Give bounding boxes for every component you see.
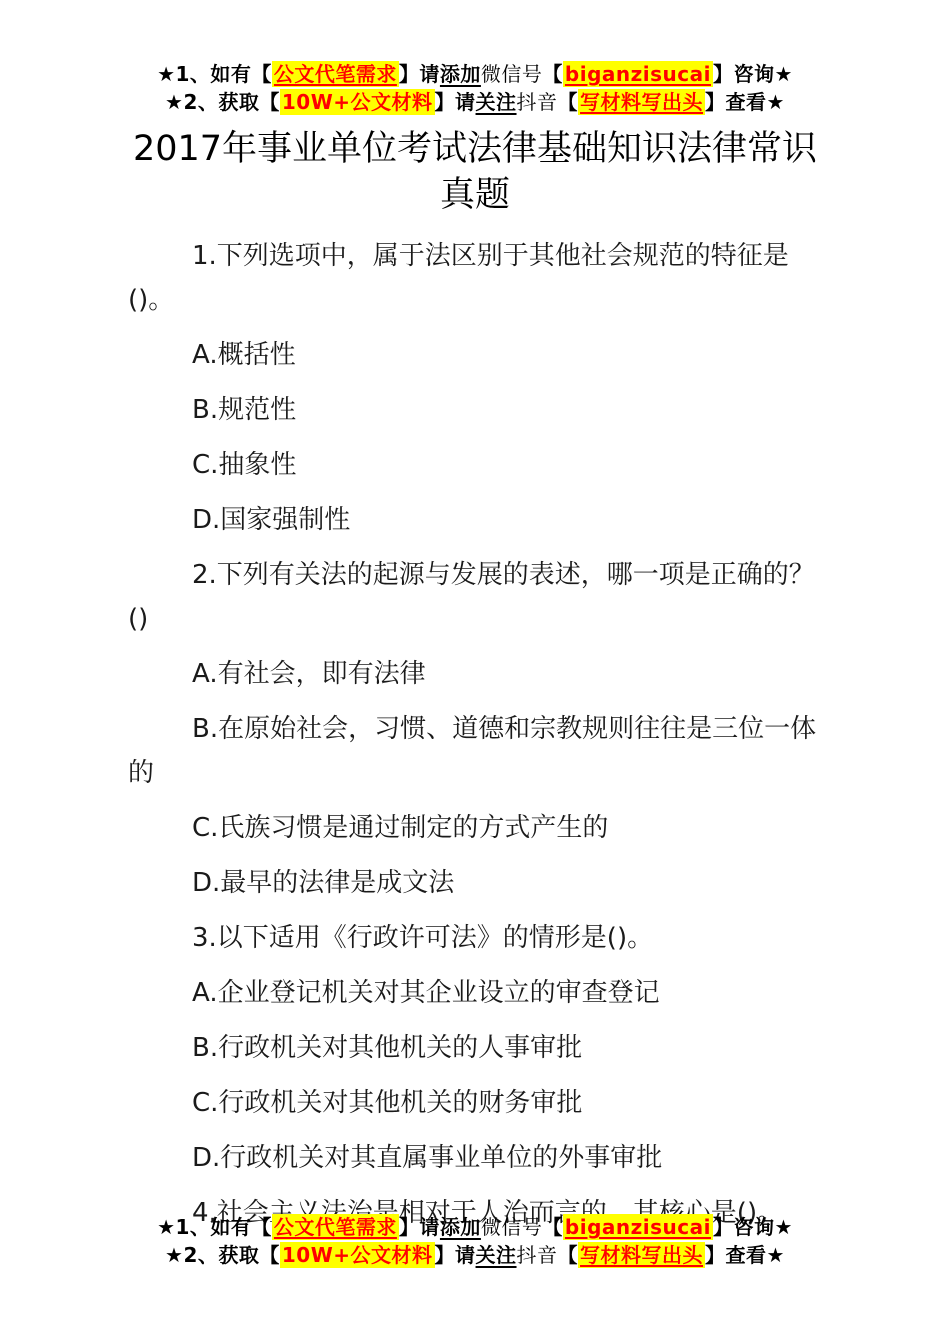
promo-highlight-materials: 10W+公文材料	[280, 89, 435, 115]
banner-text: ★2、获取【	[165, 90, 280, 114]
wechat-id: biganzisucai	[563, 61, 713, 87]
option-paragraph: A.企业登记机关对其企业设立的审查登记	[128, 971, 822, 1015]
question-paragraph: 2.下列有关法的起源与发展的表述，哪一项是正确的？()	[128, 553, 822, 641]
banner-text: 】查看★	[705, 1243, 785, 1267]
option-paragraph: C.氏族习惯是通过制定的方式产生的	[128, 806, 822, 850]
question-paragraph: 3.以下适用《行政许可法》的情形是()。	[128, 916, 822, 960]
wechat-id: biganzisucai	[563, 1214, 713, 1240]
banner-text: 】请	[399, 1215, 440, 1239]
option-paragraph: A.概括性	[128, 333, 822, 377]
banner-text: 【	[542, 62, 563, 86]
option-paragraph: C.抽象性	[128, 443, 822, 487]
banner-text: 【	[558, 1243, 579, 1267]
banner-text: 【	[558, 90, 579, 114]
banner-add-text: 添加	[440, 1215, 481, 1239]
document-title-line1: 2017年事业单位考试法律基础知识法律常识	[0, 126, 950, 172]
option-paragraph: D.最早的法律是成文法	[128, 861, 822, 905]
banner-text: 】请	[399, 62, 440, 86]
banner-text: ★1、如有【	[157, 62, 272, 86]
banner-follow-text: 关注	[476, 90, 517, 114]
banner-line: ★2、获取【10W+公文材料】请关注抖音【写材料写出头】查看★	[0, 88, 950, 116]
promo-highlight-service: 公文代笔需求	[272, 1214, 399, 1240]
question-paragraph: 1.下列选项中，属于法区别于其他社会规范的特征是()。	[128, 234, 822, 322]
banner-text: ★2、获取【	[165, 1243, 280, 1267]
option-paragraph: D.国家强制性	[128, 498, 822, 542]
document-title-line2: 真题	[0, 172, 950, 218]
banner-text: 】请	[435, 1243, 476, 1267]
promo-highlight-materials: 10W+公文材料	[280, 1242, 435, 1268]
douyin-id: 写材料写出头	[578, 89, 705, 115]
option-paragraph: B.在原始社会，习惯、道德和宗教规则往往是三位一体的	[128, 707, 822, 795]
banner-text: 微信号	[481, 62, 543, 86]
question-body: 1.下列选项中，属于法区别于其他社会规范的特征是()。A.概括性B.规范性C.抽…	[128, 234, 822, 1235]
banner-add-text: 添加	[440, 62, 481, 86]
banner-text: 】咨询★	[713, 62, 793, 86]
option-paragraph: B.行政机关对其他机关的人事审批	[128, 1026, 822, 1070]
banner-text: 抖音	[517, 1243, 558, 1267]
option-paragraph: B.规范性	[128, 388, 822, 432]
banner-text: ★1、如有【	[157, 1215, 272, 1239]
banner-text: 微信号	[481, 1215, 543, 1239]
option-paragraph: A.有社会，即有法律	[128, 652, 822, 696]
banner-line: ★2、获取【10W+公文材料】请关注抖音【写材料写出头】查看★	[0, 1241, 950, 1269]
promo-highlight-service: 公文代笔需求	[272, 61, 399, 87]
douyin-id: 写材料写出头	[578, 1242, 705, 1268]
option-paragraph: D.行政机关对其直属事业单位的外事审批	[128, 1136, 822, 1180]
banner-text: 】咨询★	[713, 1215, 793, 1239]
banner-line: ★1、如有【公文代笔需求】请添加微信号【biganzisucai】咨询★	[0, 60, 950, 88]
banner-text: 抖音	[517, 90, 558, 114]
banner-follow-text: 关注	[476, 1243, 517, 1267]
banner-text: 】查看★	[705, 90, 785, 114]
document-title: 2017年事业单位考试法律基础知识法律常识 真题	[0, 126, 950, 218]
banner-text: 【	[542, 1215, 563, 1239]
document-page: ★1、如有【公文代笔需求】请添加微信号【biganzisucai】咨询★★2、获…	[0, 0, 950, 1344]
option-paragraph: C.行政机关对其他机关的财务审批	[128, 1081, 822, 1125]
banner-text: 】请	[435, 90, 476, 114]
banner-line: ★1、如有【公文代笔需求】请添加微信号【biganzisucai】咨询★	[0, 1213, 950, 1241]
promo-banner-top: ★1、如有【公文代笔需求】请添加微信号【biganzisucai】咨询★★2、获…	[0, 0, 950, 116]
promo-banner-bottom: ★1、如有【公文代笔需求】请添加微信号【biganzisucai】咨询★★2、获…	[0, 1213, 950, 1269]
